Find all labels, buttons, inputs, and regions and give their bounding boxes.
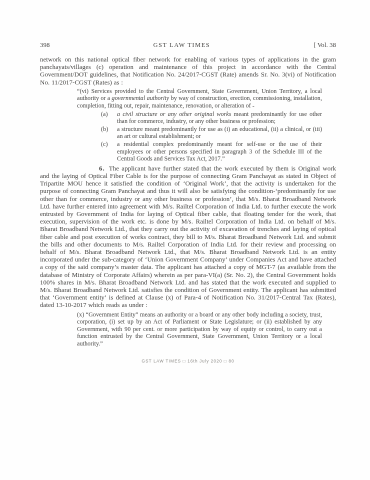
journal-title: GST LAW TIMES	[153, 42, 210, 50]
quote-item-a: (a) a civil structure or any other origi…	[101, 110, 322, 125]
item-label: (a)	[101, 110, 117, 125]
page-number: 398	[40, 41, 50, 49]
item-text: a civil structure or any other original …	[117, 110, 322, 125]
quote-vi-intro-italic: governmental authority	[112, 95, 169, 102]
item-text: a structure meant predominantly for use …	[117, 125, 322, 140]
scanned-document-page: 398 GST LAW TIMES [ Vol. 38 network on t…	[0, 0, 370, 480]
page-sheet: 398 GST LAW TIMES [ Vol. 38 network on t…	[0, 0, 370, 480]
paragraph-6: 6.The applicant have further stated that…	[40, 164, 336, 308]
paragraph-6-text: The applicant have further stated that t…	[40, 164, 336, 308]
quote-vi-items: (a) a civil structure or any other origi…	[101, 110, 322, 162]
item-text-italic: a civil structure or any other original …	[117, 110, 231, 117]
quote-item-b: (b) a structure meant predominantly for …	[101, 125, 322, 140]
intro-paragraph: network on this national optical fiber n…	[40, 56, 336, 86]
volume-label: [ Vol. 38	[314, 41, 336, 49]
page-header: 398 GST LAW TIMES [ Vol. 38	[40, 41, 336, 49]
page-footer: GST LAW TIMES □ 16th July 2020 □ 80	[40, 358, 336, 363]
item-text: a residential complex predominantly mean…	[117, 140, 322, 162]
item-text-roman: a structure meant predominantly for use …	[117, 125, 322, 139]
item-label: (b)	[101, 125, 117, 140]
quote-item-c: (c) a residential complex predominantly …	[101, 140, 322, 162]
item-label: (c)	[101, 140, 117, 162]
item-text-roman: a residential complex predominantly mean…	[117, 140, 322, 162]
paragraph-6-number: 6.	[99, 164, 105, 172]
quote-vi-intro: “(vi) Services provided to the Central G…	[77, 87, 322, 109]
quote-block-x: (x) “Government Entity” means an authori…	[77, 311, 322, 347]
quote-block-vi: “(vi) Services provided to the Central G…	[77, 87, 322, 162]
